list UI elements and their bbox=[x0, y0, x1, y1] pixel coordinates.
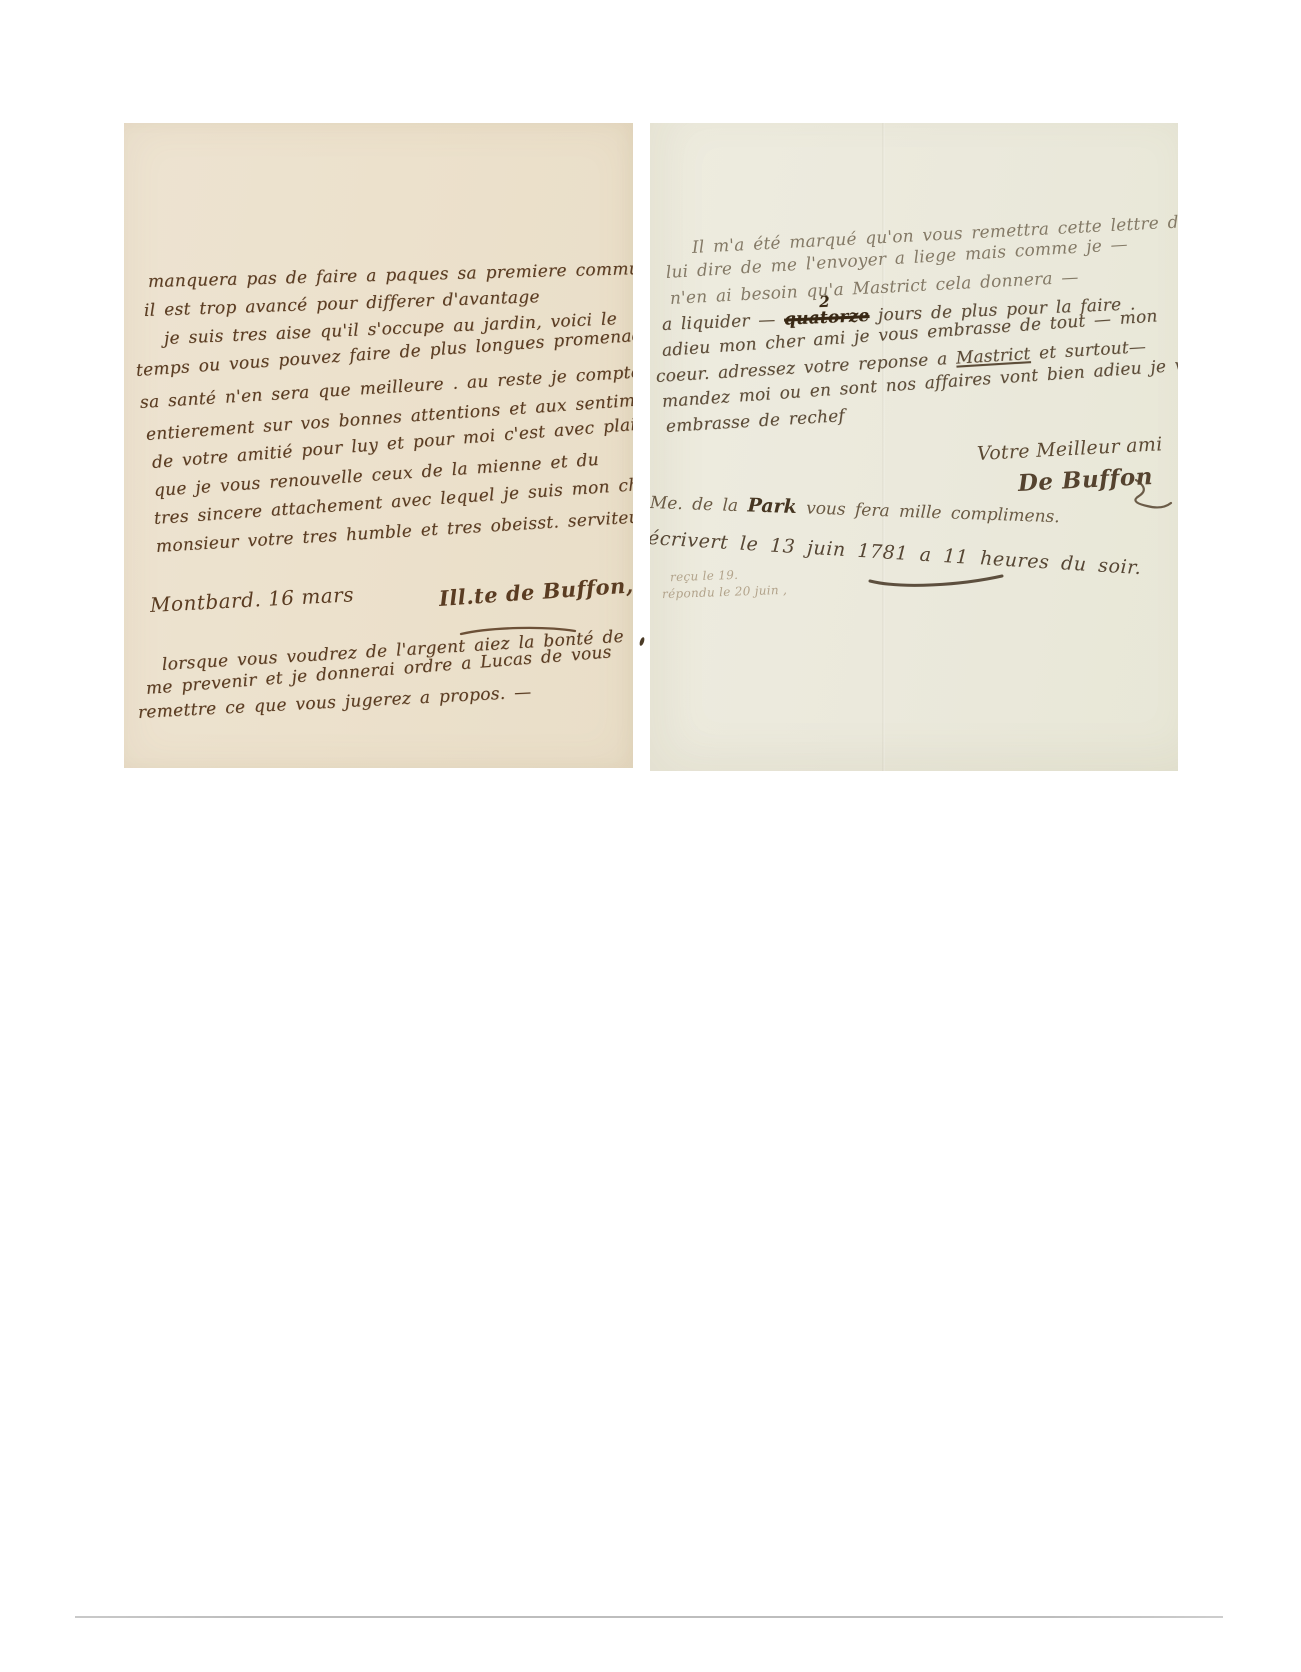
manuscript-scan: manquera pas de faire a paques sa premie… bbox=[0, 0, 1301, 1672]
underlined-word: Mastrict bbox=[955, 344, 1031, 369]
left-signature: Ill.te de Buffon, bbox=[438, 572, 633, 611]
right-letter-page: Il m'a été marqué qu'on vous remettra ce… bbox=[650, 123, 1178, 771]
pencil-annotation-received: reçu le 19. bbox=[670, 568, 739, 584]
handwriting-line: embrasse de rechef bbox=[665, 406, 845, 437]
signature-paraph-flourish bbox=[1128, 475, 1174, 517]
pencil-annotation-answered: répondu le 20 juin , bbox=[662, 583, 788, 601]
stray-ink-mark bbox=[639, 637, 645, 647]
footer-divider bbox=[75, 1616, 1223, 1618]
place-date-line: Montbard. 16 mars bbox=[149, 582, 354, 617]
struck-out-word: quatorze2 bbox=[784, 306, 870, 330]
closing-line: Votre Meilleur ami bbox=[976, 433, 1163, 465]
left-letter-page: manquera pas de faire a paques sa premie… bbox=[124, 123, 633, 768]
inserted-correction: 2 bbox=[819, 293, 830, 311]
compliments-suffix: vous fera mille complimens. bbox=[796, 498, 1060, 527]
fold-crease bbox=[882, 123, 885, 771]
dateline-underline-flourish bbox=[866, 571, 1006, 591]
compliments-line: Me. de la Park vous fera mille complimen… bbox=[650, 491, 1060, 527]
compliments-prefix: Me. de la bbox=[650, 493, 748, 516]
compliments-name: Park bbox=[747, 494, 797, 518]
handwriting-line: manquera pas de faire a paques sa premie… bbox=[148, 258, 633, 292]
